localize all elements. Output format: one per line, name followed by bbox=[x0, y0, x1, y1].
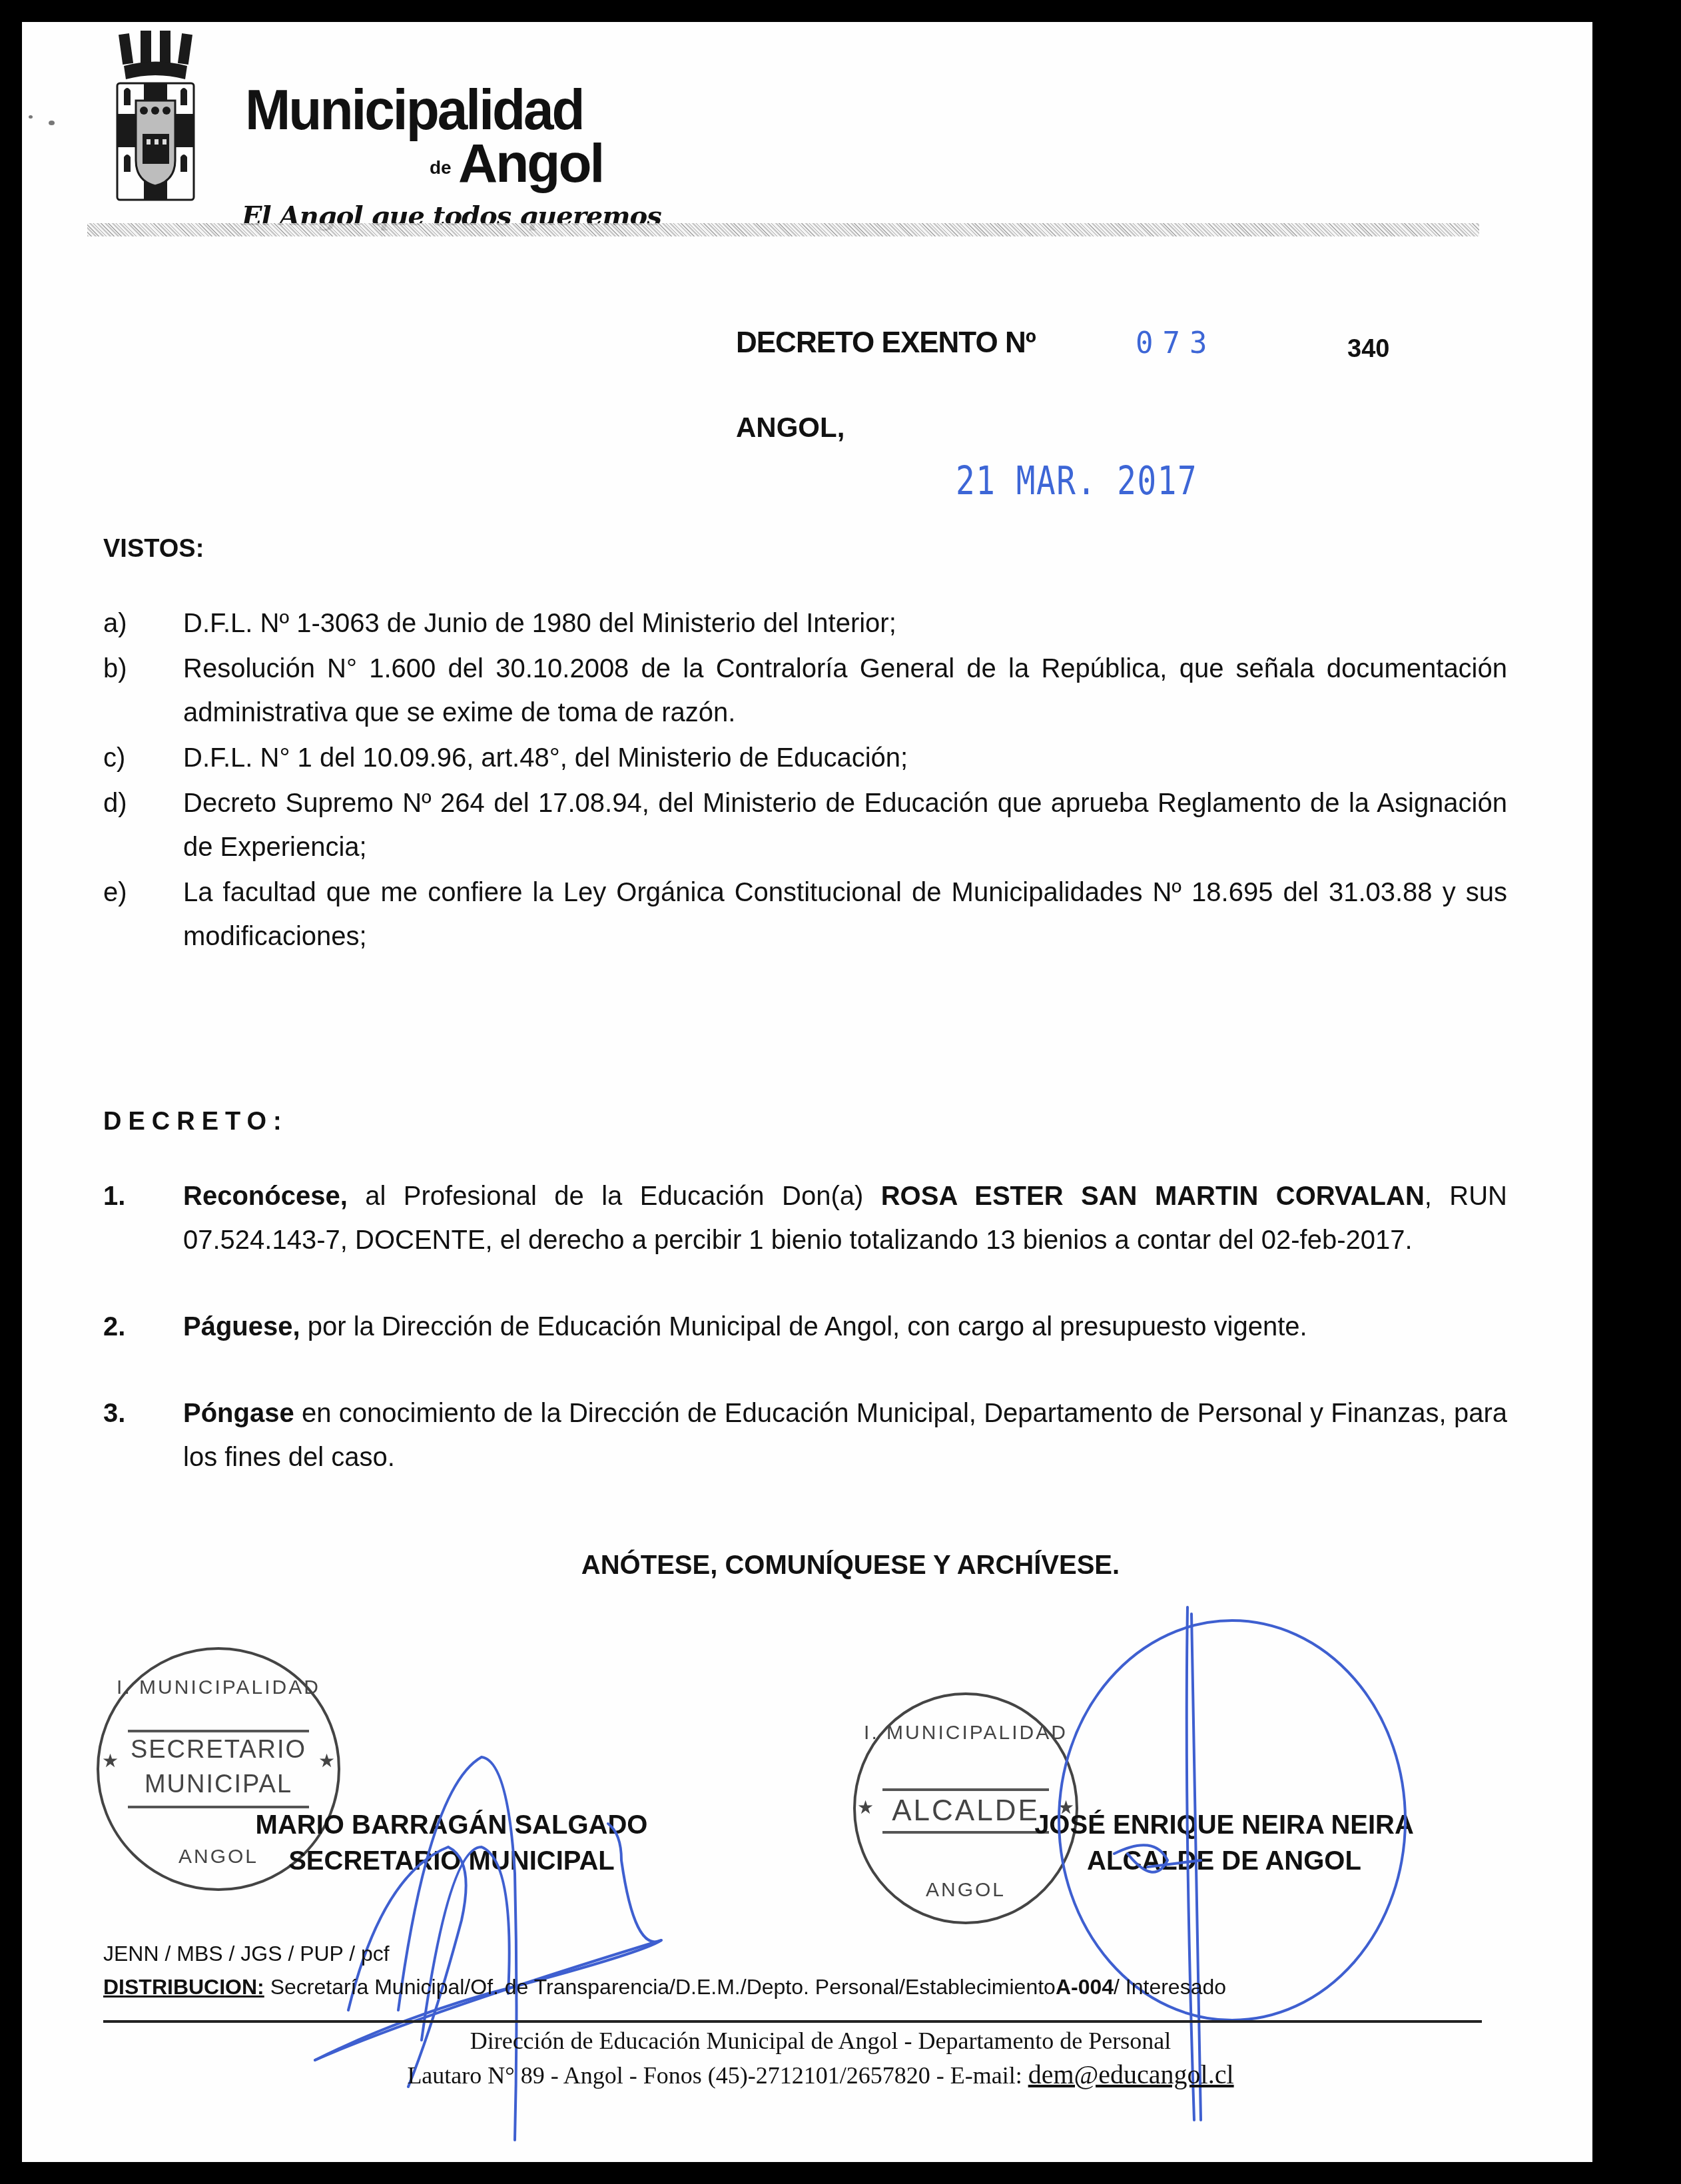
seal-top-text: I. MUNICIPALIDAD bbox=[856, 1722, 1076, 1744]
item-text: Decreto Supremo Nº 264 del 17.08.94, del… bbox=[183, 789, 1507, 862]
item-text: al Profesional de la Educación Don(a) bbox=[348, 1182, 881, 1211]
item-marker: e) bbox=[103, 871, 127, 914]
seal-middle-line2: MUNICIPAL bbox=[128, 1767, 309, 1802]
scan-speck bbox=[49, 121, 55, 125]
scan-speck bbox=[29, 115, 33, 119]
vistos-item: c)D.F.L. N° 1 del 10.09.96, art.48°, del… bbox=[103, 736, 1507, 780]
seal-middle-line1: SECRETARIO bbox=[128, 1732, 309, 1767]
logo-de: de bbox=[430, 157, 452, 179]
footer-contact: Lautaro N° 89 - Angol - Fonos (45)-27121… bbox=[22, 2059, 1592, 2090]
decreto-item: 1.Reconócese, al Profesional de la Educa… bbox=[103, 1174, 1507, 1262]
item-verb: Póngase bbox=[183, 1399, 294, 1428]
beneficiary-name: ROSA ESTER SAN MARTIN CORVALAN bbox=[881, 1182, 1425, 1211]
star-icon: ★ bbox=[857, 1796, 874, 1818]
item-text: por la Dirección de Educación Municipal … bbox=[300, 1312, 1307, 1341]
decreto-list: 1.Reconócese, al Profesional de la Educa… bbox=[103, 1174, 1507, 1522]
decree-ref-number: 340 bbox=[1347, 335, 1389, 364]
footer-divider bbox=[103, 2020, 1482, 2023]
distribution-line: DISTRIBUCION: Secretaría Municipal/Of. d… bbox=[103, 1975, 1226, 2000]
footer-email-link[interactable]: dem@educangol.cl bbox=[1028, 2059, 1234, 2089]
star-icon: ★ bbox=[318, 1750, 335, 1772]
signatory-role: ALCALDE DE ANGOL bbox=[991, 1843, 1457, 1879]
item-text: La facultad que me confiere la Ley Orgán… bbox=[183, 878, 1507, 951]
vistos-heading: VISTOS: bbox=[103, 535, 204, 563]
item-marker: d) bbox=[103, 781, 127, 825]
initials-line: JENN / MBS / JGS / PUP / pcf bbox=[103, 1942, 390, 1966]
item-marker: 2. bbox=[103, 1305, 125, 1349]
seal-top-text: I. MUNICIPALIDAD bbox=[99, 1676, 338, 1699]
item-text: Resolución N° 1.600 del 30.10.2008 de la… bbox=[183, 654, 1507, 727]
item-text: D.F.L. Nº 1-3063 de Junio de 1980 del Mi… bbox=[183, 609, 896, 638]
decreto-item: 3.Póngase en conocimiento de la Direcció… bbox=[103, 1391, 1507, 1479]
footer-address: Lautaro N° 89 - Angol - Fonos (45)-27121… bbox=[407, 2062, 1028, 2089]
establishment-code: A-004 bbox=[1056, 1975, 1114, 1999]
logo-title: Municipalidad bbox=[245, 82, 583, 139]
city-label: ANGOL, bbox=[736, 412, 844, 444]
item-marker: c) bbox=[103, 736, 125, 780]
item-text: D.F.L. N° 1 del 10.09.96, art.48°, del M… bbox=[183, 743, 908, 773]
vistos-item: b)Resolución N° 1.600 del 30.10.2008 de … bbox=[103, 647, 1507, 735]
seal-middle: SECRETARIO MUNICIPAL bbox=[128, 1730, 309, 1808]
vistos-item: a)D.F.L. Nº 1-3063 de Junio de 1980 del … bbox=[103, 601, 1507, 645]
decree-title: DECRETO EXENTO Nº bbox=[736, 326, 1036, 360]
header-divider bbox=[87, 223, 1479, 236]
vistos-item: d)Decreto Supremo Nº 264 del 17.08.94, d… bbox=[103, 781, 1507, 869]
document-page: Municipalidad de Angol El Angol que todo… bbox=[22, 22, 1592, 2162]
decree-stamped-number: 073 bbox=[1136, 326, 1216, 360]
distribution-text-end: / Interesado bbox=[1114, 1975, 1226, 1999]
distribution-text: Secretaría Municipal/Of. de Transparenci… bbox=[264, 1975, 1056, 1999]
item-marker: 1. bbox=[103, 1174, 125, 1218]
vistos-item: e)La facultad que me confiere la Ley Org… bbox=[103, 871, 1507, 958]
star-icon: ★ bbox=[102, 1750, 119, 1772]
item-text: en conocimiento de la Dirección de Educa… bbox=[183, 1399, 1507, 1472]
seal-bottom-text: ANGOL bbox=[856, 1879, 1076, 1902]
item-verb: Reconócese, bbox=[183, 1182, 348, 1211]
signatory-name: MARIO BARRAGÁN SALGADO bbox=[218, 1807, 685, 1843]
item-marker: b) bbox=[103, 647, 127, 691]
date-stamp: 21 MAR. 2017 bbox=[956, 458, 1197, 504]
signatory-role: SECRETARIO MUNICIPAL bbox=[218, 1843, 685, 1879]
vistos-list: a)D.F.L. Nº 1-3063 de Junio de 1980 del … bbox=[103, 601, 1507, 960]
closing-formula: ANÓTESE, COMUNÍQUESE Y ARCHÍVESE. bbox=[22, 1551, 1592, 1581]
secretary-signatory: MARIO BARRAGÁN SALGADO SECRETARIO MUNICI… bbox=[218, 1807, 685, 1879]
distribution-label: DISTRIBUCION: bbox=[103, 1975, 264, 1999]
item-marker: 3. bbox=[103, 1391, 125, 1435]
decreto-item: 2.Páguese, por la Dirección de Educación… bbox=[103, 1305, 1507, 1349]
footer-department: Dirección de Educación Municipal de Ango… bbox=[22, 2027, 1592, 2055]
mayor-signatory: JOSÉ ENRIQUE NEIRA NEIRA ALCALDE DE ANGO… bbox=[991, 1807, 1457, 1879]
coat-of-arms-icon bbox=[111, 27, 200, 204]
decreto-heading: DECRETO: bbox=[103, 1108, 288, 1136]
logo-city: Angol bbox=[458, 137, 603, 191]
item-marker: a) bbox=[103, 601, 127, 645]
signatory-name: JOSÉ ENRIQUE NEIRA NEIRA bbox=[991, 1807, 1457, 1843]
item-verb: Páguese, bbox=[183, 1312, 300, 1341]
